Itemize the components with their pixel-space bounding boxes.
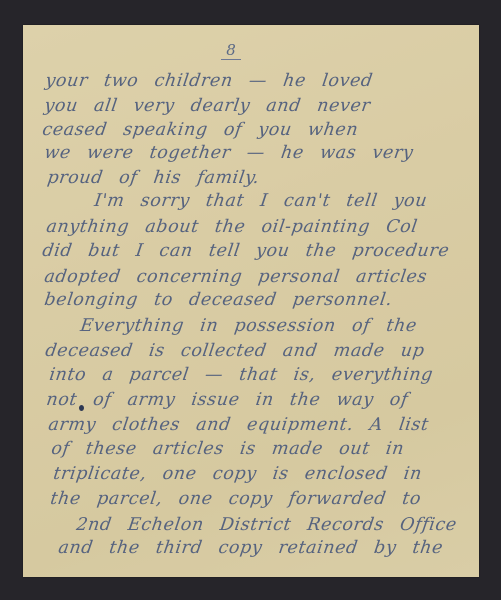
handwritten-line: the parcel, one copy forwarded to (49, 489, 422, 509)
page-number: 8 (221, 41, 241, 60)
letter-page: 8 your two children — he lovedyou all ve… (23, 25, 479, 577)
handwritten-line: into a parcel — that is, everything (48, 365, 434, 385)
handwritten-line: adopted concerning personal articles (43, 267, 428, 287)
handwritten-line: of these articles is made out in (50, 439, 405, 459)
handwritten-line: army clothes and equipment. A list (47, 415, 430, 435)
handwritten-line: proud of his family. (46, 168, 261, 188)
handwritten-line: and the third copy retained by the (57, 538, 444, 558)
handwritten-line: you all very dearly and never (43, 96, 372, 116)
handwritten-line: triplicate, one copy is enclosed in (52, 464, 423, 484)
handwritten-line: I'm sorry that I can't tell you (93, 191, 429, 211)
handwritten-line: ceased speaking of you when (41, 120, 360, 140)
handwritten-line: your two children — he loved (44, 71, 374, 91)
ink-blot (79, 405, 84, 411)
handwritten-line: belonging to deceased personnel. (43, 290, 394, 310)
handwritten-line: Everything in possession of the (79, 316, 418, 336)
handwritten-line: did but I can tell you the procedure (41, 241, 451, 261)
handwritten-line: we were together — he was very (43, 143, 415, 163)
handwritten-line: not of army issue in the way of (45, 390, 410, 410)
handwritten-line: anything about the oil-painting Col (45, 217, 419, 237)
handwritten-line: 2nd Echelon District Records Office (75, 515, 458, 535)
handwritten-line: deceased is collected and made up (44, 341, 426, 361)
